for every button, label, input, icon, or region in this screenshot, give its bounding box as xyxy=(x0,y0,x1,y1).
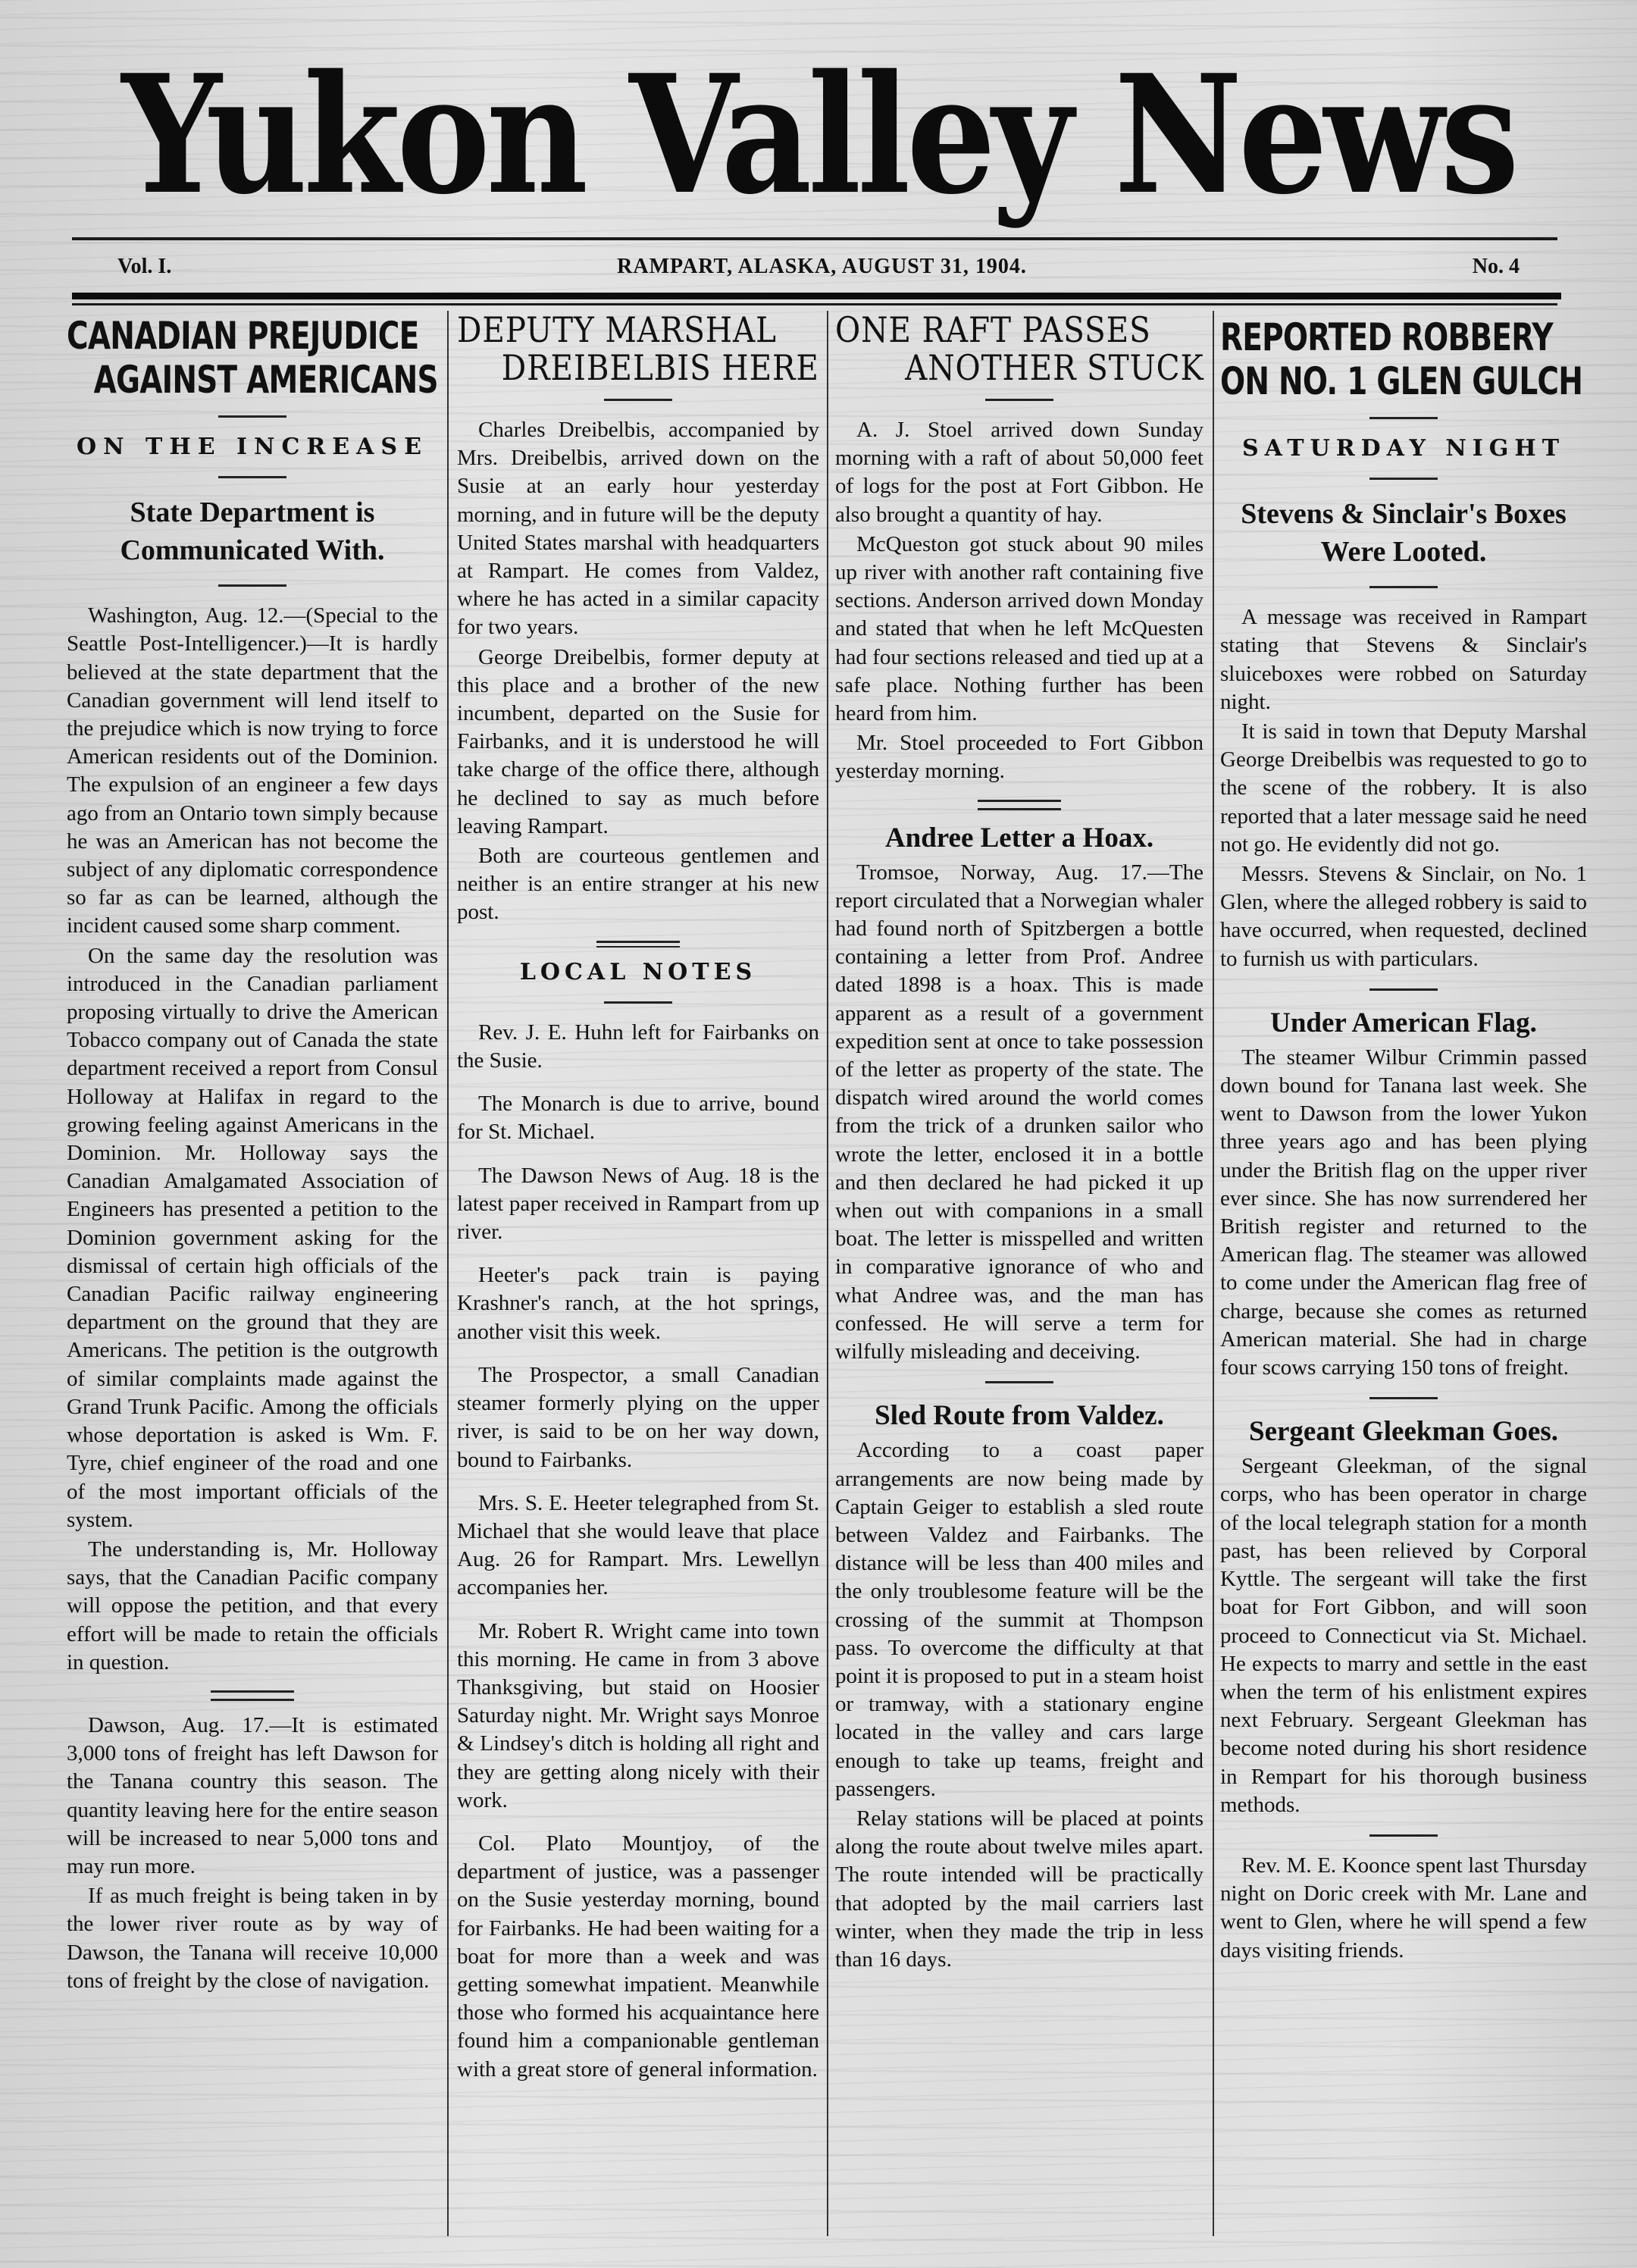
deck-subheading: Stevens & Sinclair's Boxes Were Looted. xyxy=(1220,495,1587,571)
paragraph: A. J. Stoel arrived down Sunday morning … xyxy=(835,416,1203,529)
local-note: The Monarch is due to arrive, bound for … xyxy=(457,1090,819,1146)
story-heading-sled-route: Sled Route from Valdez. xyxy=(835,1399,1203,1433)
paragraph: McQueston got stuck about 90 miles up ri… xyxy=(835,531,1203,728)
section-heading-local-notes: LOCAL NOTES xyxy=(457,958,819,986)
story-heading-sergeant-gleekman: Sergeant Gleekman Goes. xyxy=(1220,1414,1587,1449)
headline-line-2: ANOTHER STUCK xyxy=(835,349,1204,387)
masthead-rule-bottom-thin xyxy=(72,303,1557,305)
paragraph: According to a coast paper arrangements … xyxy=(835,1436,1203,1803)
column-divider xyxy=(1213,311,1214,2236)
headline: REPORTED ROBBERY ON NO. 1 GLEN GULCH xyxy=(1220,315,1581,403)
paragraph: A message was received in Rampart statin… xyxy=(1220,603,1587,716)
paragraph: The understanding is, Mr. Holloway says,… xyxy=(67,1536,438,1677)
article-canadian-prejudice: CANADIAN PREJUDICE AGAINST AMERICANS ON … xyxy=(67,311,438,2251)
headline: CANADIAN PREJUDICE AGAINST AMERICANS xyxy=(67,314,438,402)
headline-line-1: ONE RAFT PASSES xyxy=(835,309,1151,350)
paragraph: It is said in town that Deputy Marshal G… xyxy=(1220,718,1587,859)
headline-line-2: DREIBELBIS HERE xyxy=(457,349,819,387)
paragraph: The steamer Wilbur Crimmin passed down b… xyxy=(1220,1044,1587,1382)
folio-line: Vol. I. RAMPART, ALASKA, AUGUST 31, 1904… xyxy=(117,252,1520,282)
local-note: Mr. Robert R. Wright came into town this… xyxy=(457,1618,819,1815)
headline: ONE RAFT PASSES ANOTHER STUCK xyxy=(835,311,1204,387)
column-divider xyxy=(827,311,828,2236)
deck-subheading: State Department is Communicated With. xyxy=(67,493,438,569)
headline-line-1: CANADIAN PREJUDICE xyxy=(67,314,418,358)
local-note: The Prospector, a small Canadian steamer… xyxy=(457,1361,819,1474)
separator-rule xyxy=(985,1381,1053,1383)
separator-rule xyxy=(604,399,672,401)
deck-heading: SATURDAY NIGHT xyxy=(1220,434,1587,462)
article-deputy-marshal: DEPUTY MARSHAL DREIBELBIS HERE Charles D… xyxy=(457,311,819,2251)
paragraph: Dawson, Aug. 17.—It is estimated 3,000 t… xyxy=(67,1712,438,1881)
paragraph: Messrs. Stevens & Sinclair, on No. 1 Gle… xyxy=(1220,860,1587,973)
article-reported-robbery: REPORTED ROBBERY ON NO. 1 GLEN GULCH SAT… xyxy=(1220,311,1587,2251)
local-note: Col. Plato Mountjoy, of the department o… xyxy=(457,1830,819,2084)
paragraph: Both are courteous gentlemen and neither… xyxy=(457,842,819,927)
story-heading-american-flag: Under American Flag. xyxy=(1220,1006,1587,1041)
masthead-rule-bottom xyxy=(72,293,1561,299)
local-note: Mrs. S. E. Heeter telegraphed from St. M… xyxy=(457,1490,819,1602)
separator-rule xyxy=(1369,1397,1438,1399)
column-divider xyxy=(447,311,449,2236)
headline-line-1: DEPUTY MARSHAL xyxy=(457,309,777,350)
story-separator xyxy=(211,1690,294,1701)
local-note: The Dawson News of Aug. 18 is the latest… xyxy=(457,1162,819,1247)
paragraph: Mr. Stoel proceeded to Fort Gibbon yeste… xyxy=(835,729,1203,785)
paragraph: Washington, Aug. 12.—(Special to the Sea… xyxy=(67,602,438,940)
issue-number: No. 4 xyxy=(1473,255,1520,279)
local-note: Heeter's pack train is paying Krashner's… xyxy=(457,1261,819,1346)
paragraph: George Dreibelbis, former deputy at this… xyxy=(457,644,819,841)
paragraph: If as much freight is being taken in by … xyxy=(67,1882,438,1995)
masthead-rule-top xyxy=(72,237,1557,240)
volume-label: Vol. I. xyxy=(117,255,171,279)
separator-rule xyxy=(1369,988,1438,991)
paragraph: Relay stations will be placed at points … xyxy=(835,1805,1203,1974)
paragraph: Charles Dreibelbis, accompanied by Mrs. … xyxy=(457,416,819,642)
paragraph: Tromsoe, Norway, Aug. 17.—The report cir… xyxy=(835,859,1203,1367)
headline-line-1: REPORTED ROBBERY xyxy=(1220,315,1553,359)
separator-rule xyxy=(1369,478,1438,480)
separator-rule xyxy=(1369,586,1438,588)
paragraph: On the same day the resolution was intro… xyxy=(67,942,438,1534)
separator-rule xyxy=(218,476,286,478)
separator-rule xyxy=(604,1001,672,1004)
newspaper-title: Yukon Valley News xyxy=(114,53,1523,216)
article-one-raft-passes: ONE RAFT PASSES ANOTHER STUCK A. J. Stoe… xyxy=(835,311,1203,2251)
separator-rule xyxy=(1369,417,1438,419)
paragraph: Rev. M. E. Koonce spent last Thursday ni… xyxy=(1220,1852,1587,1965)
dateline: RAMPART, ALASKA, AUGUST 31, 1904. xyxy=(617,255,1027,279)
local-note: Rev. J. E. Huhn left for Fairbanks on th… xyxy=(457,1019,819,1075)
section-separator xyxy=(596,941,680,948)
separator-rule xyxy=(218,415,286,418)
separator-rule xyxy=(218,584,286,587)
headline-line-2: AGAINST AMERICANS xyxy=(67,358,438,402)
paragraph: Sergeant Gleekman, of the signal corps, … xyxy=(1220,1452,1587,1819)
headline: DEPUTY MARSHAL DREIBELBIS HERE xyxy=(457,311,819,387)
story-heading-andree: Andree Letter a Hoax. xyxy=(835,821,1203,856)
story-separator xyxy=(978,800,1061,810)
headline-line-2: ON NO. 1 GLEN GULCH xyxy=(1220,359,1581,403)
separator-rule xyxy=(985,399,1053,401)
separator-rule xyxy=(1369,1834,1438,1837)
deck-heading: ON THE INCREASE xyxy=(67,433,438,461)
